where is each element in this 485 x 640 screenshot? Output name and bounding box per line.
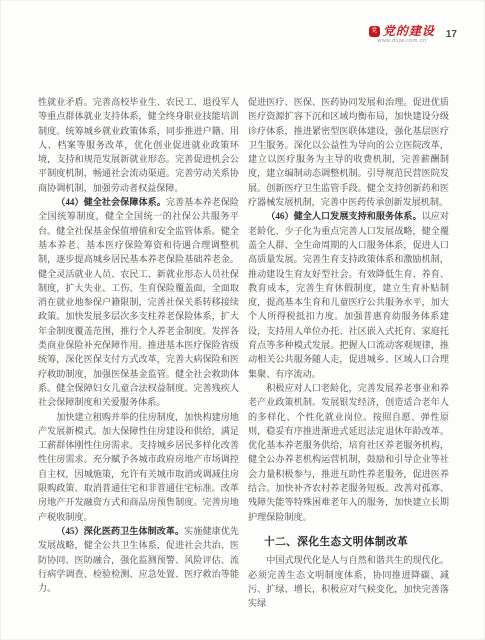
paragraph-housing: 加快建立租购并举的住房制度，加快构建房地产发展新模式。加大保障性住房建设和供给，… xyxy=(38,410,239,524)
magazine-logo-text: 党的建设 xyxy=(383,25,435,37)
magazine-page: 党 党的建设 www.dsjw.com.cn 17 性就业矛盾。完善高校毕业生、… xyxy=(0,0,485,640)
page-number: 17 xyxy=(446,29,457,40)
paragraph-healthcare-continuation: 促进医疗、医保、医药协同发展和治理。促进优质医疗资源扩容下沉和区域均衡布局，加快… xyxy=(248,95,449,209)
paragraph-44-body: 完善基本养老保险全国统筹制度，健全全国统一的社保公共服务平台。健全社保基金保值增… xyxy=(38,197,239,407)
paragraph-ecology-intro: 中国式现代化是人与自然和谐共生的现代化。必须完善生态文明制度体系，协同推进降碳、… xyxy=(248,553,449,610)
page-header: 党 党的建设 www.dsjw.com.cn 17 xyxy=(369,25,457,45)
paragraph-46-body: 以应对老龄化、少子化为重点完善人口发展战略，健全覆盖全人群、全生命周期的人口服务… xyxy=(248,211,449,378)
magazine-logo: 党 党的建设 www.dsjw.com.cn xyxy=(369,25,435,45)
paragraph-44-lead: （44）健全社会保障体系。 xyxy=(56,197,166,207)
paragraph-45-lead: （45）深化医药卫生体制改革。 xyxy=(56,526,184,536)
paragraph-aging: 积极应对人口老龄化，完善发展养老事业和养老产业政策机制。发展银发经济，创造适合老… xyxy=(248,381,449,524)
magazine-seal-icon: 党 xyxy=(369,26,380,37)
paragraph-45-healthcare-reform: （45）深化医药卫生体制改革。实施健康优先发展战略，健全公共卫生体系，促进社会共… xyxy=(38,524,239,595)
right-column: 促进医疗、医保、医药协同发展和治理。促进优质医疗资源扩容下沉和区域均衡布局，加快… xyxy=(248,95,449,610)
paragraph-46-population: （46）健全人口发展支持和服务体系。以应对老龄化、少子化为重点完善人口发展战略，… xyxy=(248,209,449,381)
section-heading-12-ecology: 十二、深化生态文明体制改革 xyxy=(248,535,449,549)
left-column: 性就业矛盾。完善高校毕业生、农民工、退役军人等重点群体就业支持体系，健全终身职业… xyxy=(38,95,239,595)
magazine-url: www.dsjw.com.cn xyxy=(377,39,426,45)
paragraph-46-lead: （46）健全人口发展支持和服务体系。 xyxy=(266,211,421,221)
paragraph-44-social-security: （44）健全社会保障体系。完善基本养老保险全国统筹制度，健全全国统一的社保公共服… xyxy=(38,195,239,409)
paragraph-employment-continuation: 性就业矛盾。完善高校毕业生、农民工、退役军人等重点群体就业支持体系，健全终身职业… xyxy=(38,95,239,195)
